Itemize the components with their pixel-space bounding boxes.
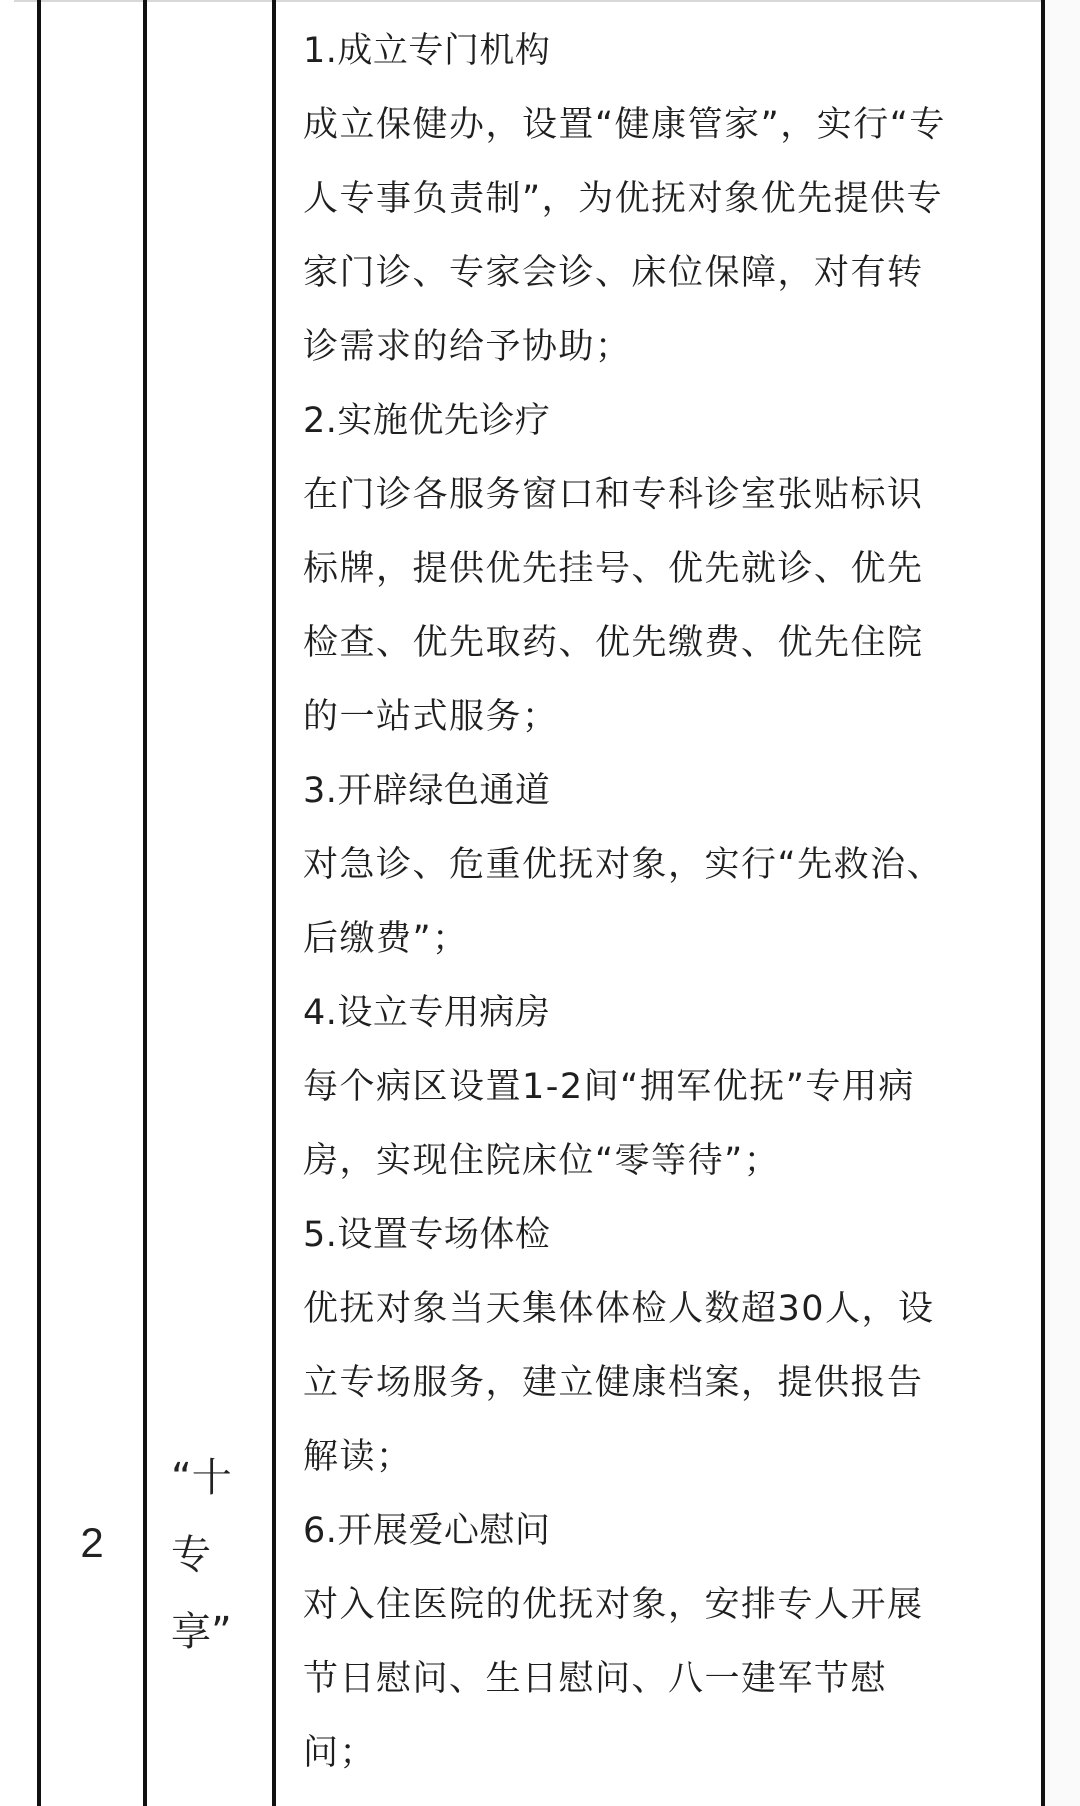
section-heading: 5.设置专场体检 [303,1198,1021,1272]
content-text-line: 检查、优先取药、优先缴费、优先住院 [303,606,1021,680]
content-text-line: 诊需求的给予协助； [303,310,1021,384]
content-text-line: 对急诊、危重优抚对象，实行“先救治、 [303,828,1021,902]
cell-content: 1.成立专门机构 成立保健办，设置“健康管家”，实行“专 人专事负责制”，为优抚… [276,0,1041,1806]
category-label: “十 专 享” [171,1440,232,1671]
content-text-line: 家门诊、专家会诊、床位保障，对有转 [303,236,1021,310]
content-text-line: 标牌，提供优先挂号、优先就诊、优先 [303,532,1021,606]
category-label-line: 专 [171,1517,232,1594]
section-heading: 3.开辟绿色通道 [303,754,1021,828]
content-text-line: 房，实现住院床位“零等待”； [303,1124,1021,1198]
category-label-line: “十 [171,1440,232,1517]
content-text-line: 在门诊各服务窗口和专科诊室张贴标识 [303,458,1021,532]
content-text-line: 成立保健办，设置“健康管家”，实行“专 [303,88,1021,162]
content-text-line: 对入住医院的优抚对象，安排专人开展 [303,1568,1021,1642]
section-heading: 4.设立专用病房 [303,976,1021,1050]
content-text-line: 每个病区设置1-2间“拥军优抚”专用病 [303,1050,1021,1124]
content-text-line: 立专场服务，建立健康档案，提供报告 [303,1346,1021,1420]
cell-index: 2 [41,0,143,1806]
content-text-line: 的一站式服务； [303,680,1021,754]
content-text-line: 后缴费”； [303,902,1021,976]
content-text-line: 人专事负责制”，为优抚对象优先提供专 [303,162,1021,236]
content-text-block: 1.成立专门机构 成立保健办，设置“健康管家”，实行“专 人专事负责制”，为优抚… [303,14,1021,1790]
content-text-line: 解读； [303,1420,1021,1494]
section-heading: 1.成立专门机构 [303,14,1021,88]
row-index-number: 2 [41,1518,143,1568]
content-text-line: 节日慰问、生日慰问、八一建军节慰 [303,1642,1021,1716]
category-label-line: 享” [171,1594,232,1671]
content-text-line: 优抚对象当天集体体检人数超30人，设 [303,1272,1021,1346]
page-margin-right [1045,0,1080,1806]
section-heading: 2.实施优先诊疗 [303,384,1021,458]
cell-category: “十 专 享” [147,0,272,1806]
section-heading: 6.开展爱心慰问 [303,1494,1021,1568]
content-text-line: 问； [303,1716,1021,1790]
